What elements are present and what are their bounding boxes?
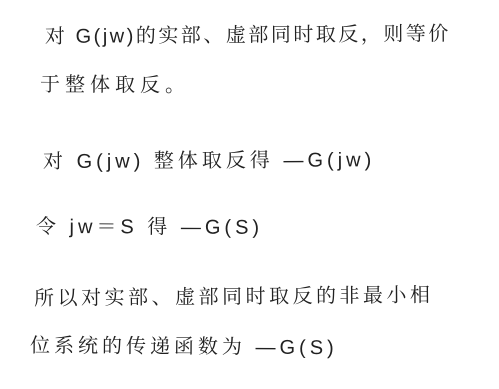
note-line-3: 对 G(jw) 整体取反得 —G(jw) — [43, 143, 375, 174]
note-line-1: 对 G(jw)的实部、虚部同时取反，则等价 — [45, 17, 451, 49]
note-line-5: 所以对实部、虚部同时取反的非最小相 — [34, 279, 434, 311]
note-line-4: 令 jw＝S 得 —G(S) — [36, 210, 263, 240]
note-line-2: 于整体取反。 — [40, 68, 190, 98]
handwritten-note-page: 对 G(jw)的实部、虚部同时取反，则等价 于整体取反。 对 G(jw) 整体取… — [0, 0, 499, 389]
note-line-6: 位系统的传递函数为 —G(S) — [30, 329, 338, 360]
